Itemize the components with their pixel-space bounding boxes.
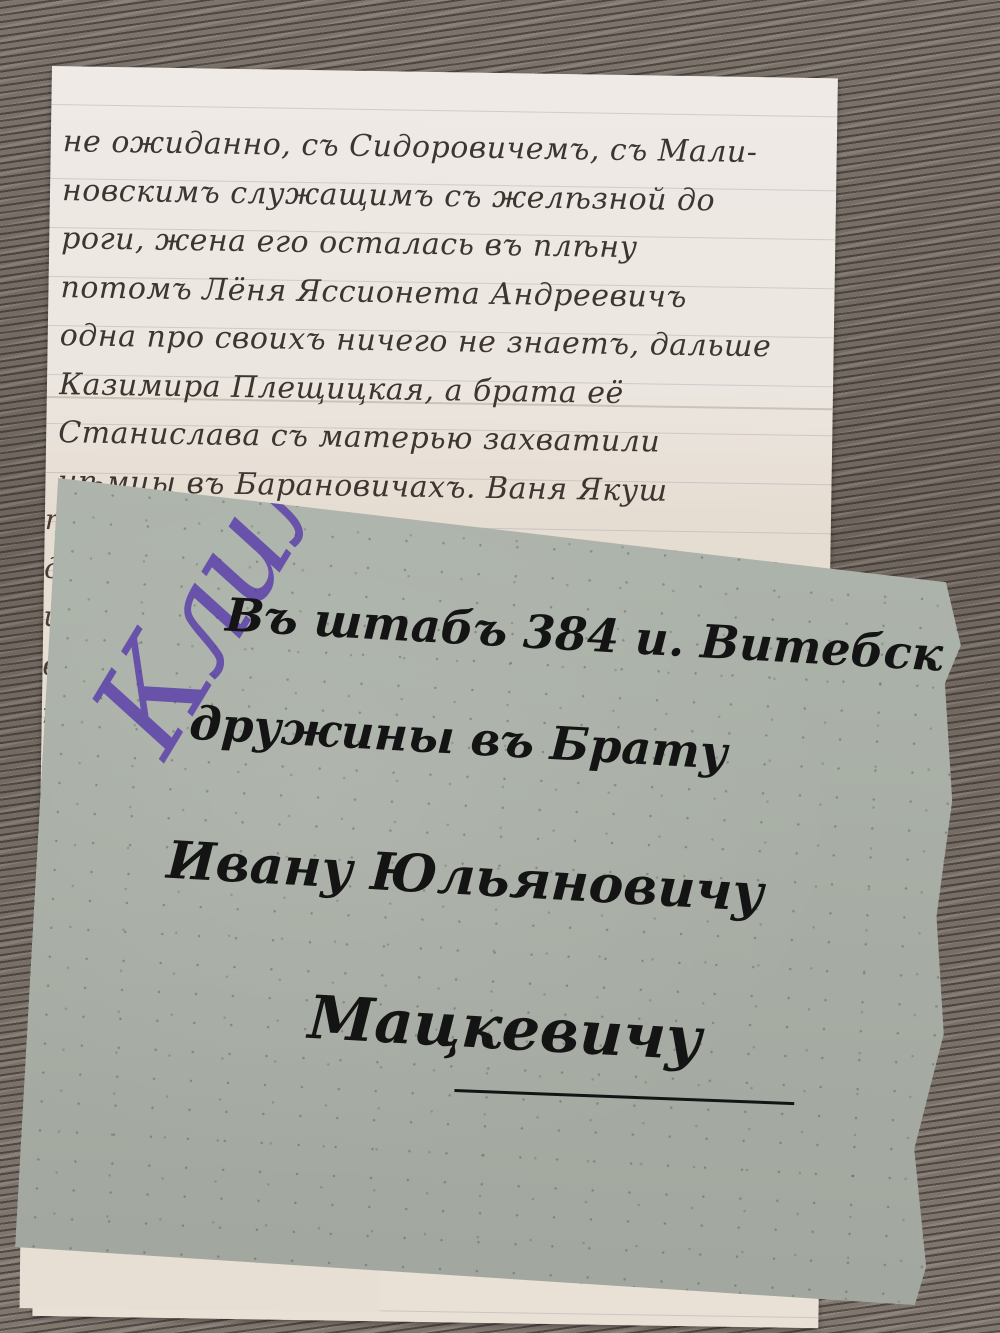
envelope: Климовъ Въ штабъ 384 и. Витебск дружины … — [15, 478, 977, 1306]
